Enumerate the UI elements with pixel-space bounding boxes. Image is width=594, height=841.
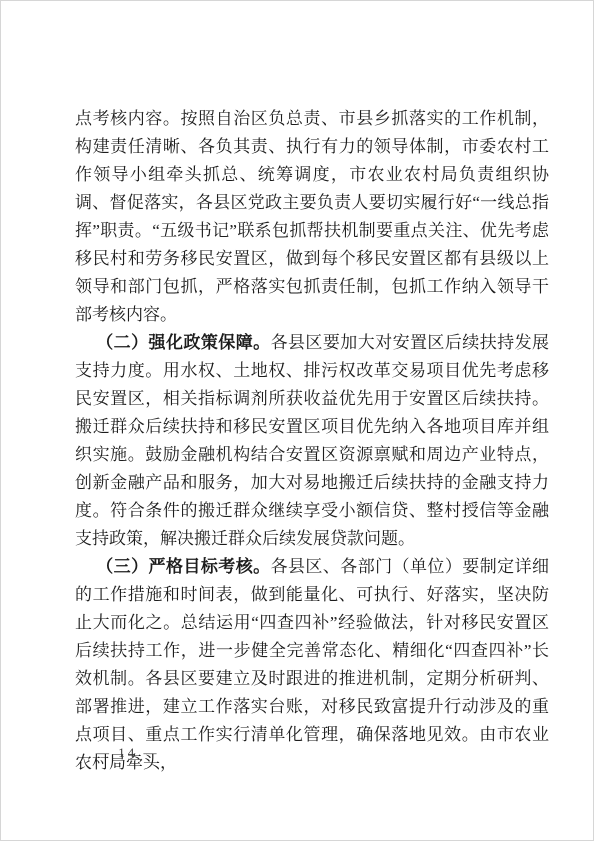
paragraph-text: 各县区要加大对安置区后续扶持发展支持力度。用水权、土地权、排污权改革交易项目优先…	[75, 333, 549, 548]
paragraph: （二）强化政策保障。各县区要加大对安置区后续扶持发展支持力度。用水权、土地权、排…	[75, 329, 549, 553]
document-body: 点考核内容。按照自治区负总责、市县乡抓落实的工作机制，构建责任清晰、各负其责、执…	[75, 105, 549, 777]
paragraph: （三）严格目标考核。各县区、各部门（单位）要制定详细的工作措施和时间表，做到能量…	[75, 553, 549, 777]
section-heading: （二）强化政策保障。	[96, 333, 270, 352]
page-number: — 14 —	[96, 745, 160, 761]
paragraph-text: 各县区、各部门（单位）要制定详细的工作措施和时间表，做到能量化、可执行、好落实，…	[75, 557, 549, 772]
paragraph-text: 点考核内容。按照自治区负总责、市县乡抓落实的工作机制，构建责任清晰、各负其责、执…	[75, 109, 549, 324]
document-page: 点考核内容。按照自治区负总责、市县乡抓落实的工作机制，构建责任清晰、各负其责、执…	[0, 0, 594, 841]
paragraph: 点考核内容。按照自治区负总责、市县乡抓落实的工作机制，构建责任清晰、各负其责、执…	[75, 105, 549, 329]
section-heading: （三）严格目标考核。	[96, 557, 270, 576]
